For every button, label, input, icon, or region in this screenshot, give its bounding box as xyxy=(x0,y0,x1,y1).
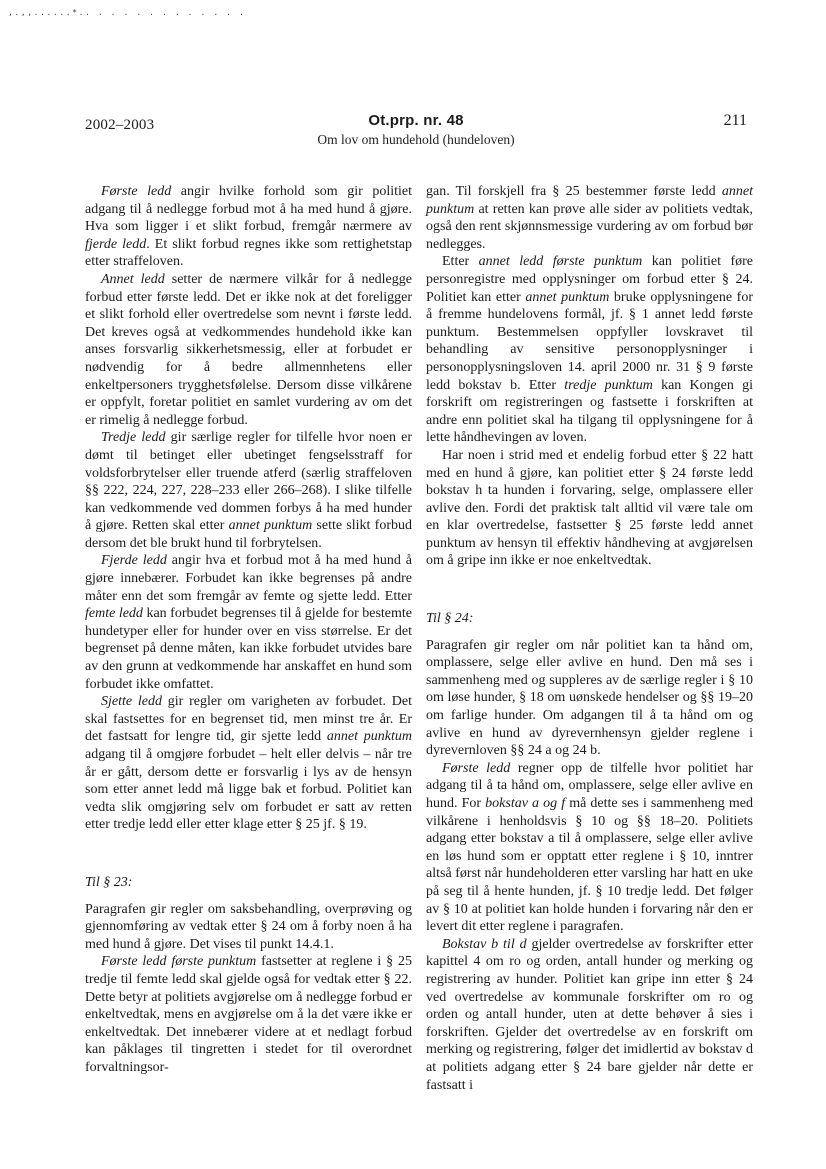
paragraph: gan. Til forskjell fra § 25 bestemmer fø… xyxy=(426,183,753,253)
italic-text-run: tredje punktum xyxy=(564,378,653,393)
text-run: Etter xyxy=(442,254,479,269)
italic-text-run: bokstav a og f xyxy=(485,796,565,811)
italic-text-run: fjerde ledd xyxy=(85,237,146,252)
paragraph: Paragrafen gir regler om når politiet ka… xyxy=(426,637,753,760)
italic-text-run: Sjette ledd xyxy=(101,694,162,709)
paragraph: Fjerde ledd angir hva et forbud mot å ha… xyxy=(85,552,412,693)
text-run: gjelder overtredelse av forskrifter ette… xyxy=(426,937,753,1093)
document-page: ,.,,......*.. . . . . . . . . . . . . 20… xyxy=(0,0,826,1169)
text-run: gan. Til forskjell fra § 25 bestemmer fø… xyxy=(426,184,722,199)
text-run: Paragrafen gir regler om når politiet ka… xyxy=(426,638,753,759)
italic-text-run: annet ledd første punktum xyxy=(479,254,643,269)
document-subtitle: Om lov om hundehold (hundeloven) xyxy=(215,132,617,148)
italic-text-run: annet punktum xyxy=(229,518,313,533)
italic-text-run: Til § 24: xyxy=(426,611,473,626)
scan-artifact: ,.,,......*.. . . . . . . . . . . . . xyxy=(8,8,245,17)
italic-text-run: Første ledd xyxy=(101,184,171,199)
paragraph: Første ledd regner opp de tilfelle hvor … xyxy=(426,760,753,936)
text-run: setter de nærmere vilkår for å nedlegge … xyxy=(85,272,412,428)
paragraph: Paragrafen gir regler om saksbehandling,… xyxy=(85,901,412,954)
text-run: fastsetter at reglene i § 25 tredje til … xyxy=(85,954,412,1075)
text-run: at retten kan prøve alle sider av politi… xyxy=(426,202,753,252)
body-columns: Første ledd angir hvilke forhold som gir… xyxy=(85,183,753,1094)
paragraph: Første ledd angir hvilke forhold som gir… xyxy=(85,183,412,271)
italic-text-run: Tredje ledd xyxy=(101,430,166,445)
italic-text-run: Fjerde ledd xyxy=(101,553,167,568)
paragraph: Tredje ledd gir særlige regler for tilfe… xyxy=(85,429,412,552)
italic-text-run: Første ledd xyxy=(442,761,510,776)
document-title: Ot.prp. nr. 48 xyxy=(215,112,617,129)
italic-text-run: femte ledd xyxy=(85,606,143,621)
italic-text-run: Første ledd første punktum xyxy=(101,954,256,969)
italic-text-run: Til § 23: xyxy=(85,875,132,890)
page-header: 2002–2003 Ot.prp. nr. 48 Om lov om hunde… xyxy=(85,112,753,148)
italic-text-run: Bokstav b til d xyxy=(442,937,527,952)
paragraph: Bokstav b til d gjelder overtredelse av … xyxy=(426,936,753,1094)
left-column: Første ledd angir hvilke forhold som gir… xyxy=(85,183,412,1094)
italic-text-run: annet punktum xyxy=(525,290,609,305)
text-run: Paragrafen gir regler om saksbehandling,… xyxy=(85,902,412,952)
page-number: 211 xyxy=(617,112,753,130)
italic-text-run: Annet ledd xyxy=(101,272,165,287)
paragraph: Etter annet ledd første punktum kan poli… xyxy=(426,253,753,447)
session-label: 2002–2003 xyxy=(85,112,215,134)
paragraph: Annet ledd setter de nærmere vilkår for … xyxy=(85,271,412,429)
section-heading: Til § 24: xyxy=(426,610,753,628)
header-center: Ot.prp. nr. 48 Om lov om hundehold (hund… xyxy=(215,112,617,148)
paragraph: Sjette ledd gir regler om varigheten av … xyxy=(85,693,412,834)
italic-text-run: annet punktum xyxy=(327,729,412,744)
paragraph: Har noen i strid med et endelig forbud e… xyxy=(426,447,753,570)
text-run: må dette ses i sammenheng med vilkårene … xyxy=(426,796,753,934)
section-heading: Til § 23: xyxy=(85,874,412,892)
right-column: gan. Til forskjell fra § 25 bestemmer fø… xyxy=(426,183,753,1094)
text-run: Har noen i strid med et endelig forbud e… xyxy=(426,448,753,569)
paragraph: Første ledd første punktum fastsetter at… xyxy=(85,953,412,1076)
text-run: adgang til å omgjøre forbudet – helt ell… xyxy=(85,747,412,832)
